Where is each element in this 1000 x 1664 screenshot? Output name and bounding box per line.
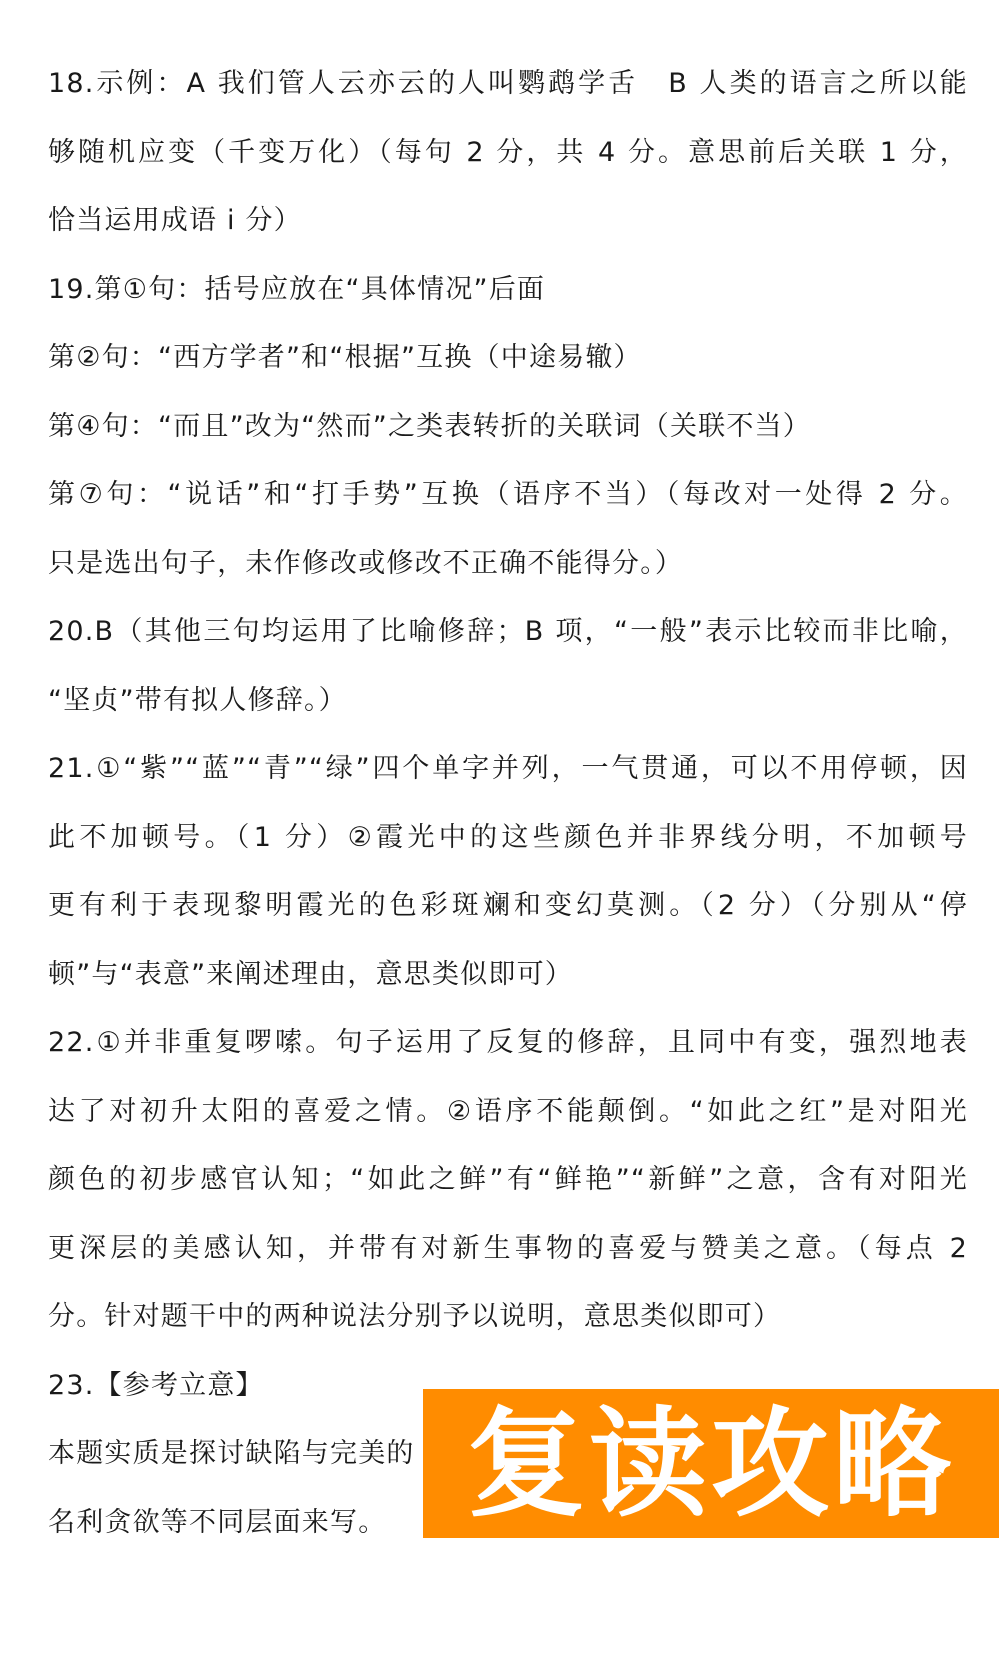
answer-21-line-2: 此不加顿号。（1 分）②霞光中的这些颜色并非界线分明，不加顿号 bbox=[48, 814, 968, 883]
answer-20-line-1: 20.B（其他三句均运用了比喻修辞；B 项，“一般”表示比较而非比喻， bbox=[48, 608, 968, 677]
answer-19-line-4: 第⑦句：“说话”和“打手势”互换（语序不当）（每改对一处得 2 分。 bbox=[48, 471, 968, 540]
answer-22-line-1: 22.①并非重复啰嗦。句子运用了反复的修辞，且同中有变，强烈地表 bbox=[48, 1019, 968, 1088]
answer-22-line-4: 更深层的美感认知，并带有对新生事物的喜爱与赞美之意。（每点 2 bbox=[48, 1225, 968, 1294]
answer-19-line-5: 只是选出句子，未作修改或修改不正确不能得分。） bbox=[48, 540, 968, 609]
answer-21-line-3: 更有利于表现黎明霞光的色彩斑斓和变幻莫测。（2 分）（分别从“停 bbox=[48, 882, 968, 951]
watermark-banner: 复读攻略 bbox=[423, 1389, 999, 1538]
answer-18-line-2: 够随机应变（千变万化）（每句 2 分，共 4 分。意思前后关联 1 分， bbox=[48, 129, 968, 198]
answer-18-line-3: 恰当运用成语 i 分） bbox=[48, 197, 968, 266]
answer-22-line-2: 达了对初升太阳的喜爱之情。②语序不能颠倒。“如此之红”是对阳光 bbox=[48, 1088, 968, 1157]
answer-22-line-5: 分。针对题干中的两种说法分别予以说明，意思类似即可） bbox=[48, 1293, 968, 1362]
answer-22-line-3: 颜色的初步感官认知；“如此之鲜”有“鲜艳”“新鲜”之意，含有对阳光 bbox=[48, 1156, 968, 1225]
answer-19-line-1: 19.第①句：括号应放在“具体情况”后面 bbox=[48, 266, 968, 335]
answer-key-document: 18.示例：A 我们管人云亦云的人叫鹦鹉学舌 B 人类的语言之所以能 够随机应变… bbox=[48, 60, 968, 1567]
answer-21-line-4: 顿”与“表意”来阐述理由，意思类似即可） bbox=[48, 951, 968, 1020]
answer-18-line-1: 18.示例：A 我们管人云亦云的人叫鹦鹉学舌 B 人类的语言之所以能 bbox=[48, 60, 968, 129]
answer-19-line-2: 第②句：“西方学者”和“根据”互换（中途易辙） bbox=[48, 334, 968, 403]
answer-19-line-3: 第④句：“而且”改为“然而”之类表转折的关联词（关联不当） bbox=[48, 403, 968, 472]
answer-20-line-2: “坚贞”带有拟人修辞。） bbox=[48, 677, 968, 746]
watermark-text: 复读攻略 bbox=[467, 1405, 955, 1523]
answer-21-line-1: 21.①“紫”“蓝”“青”“绿”四个单字并列，一气贯通，可以不用停顿，因 bbox=[48, 745, 968, 814]
